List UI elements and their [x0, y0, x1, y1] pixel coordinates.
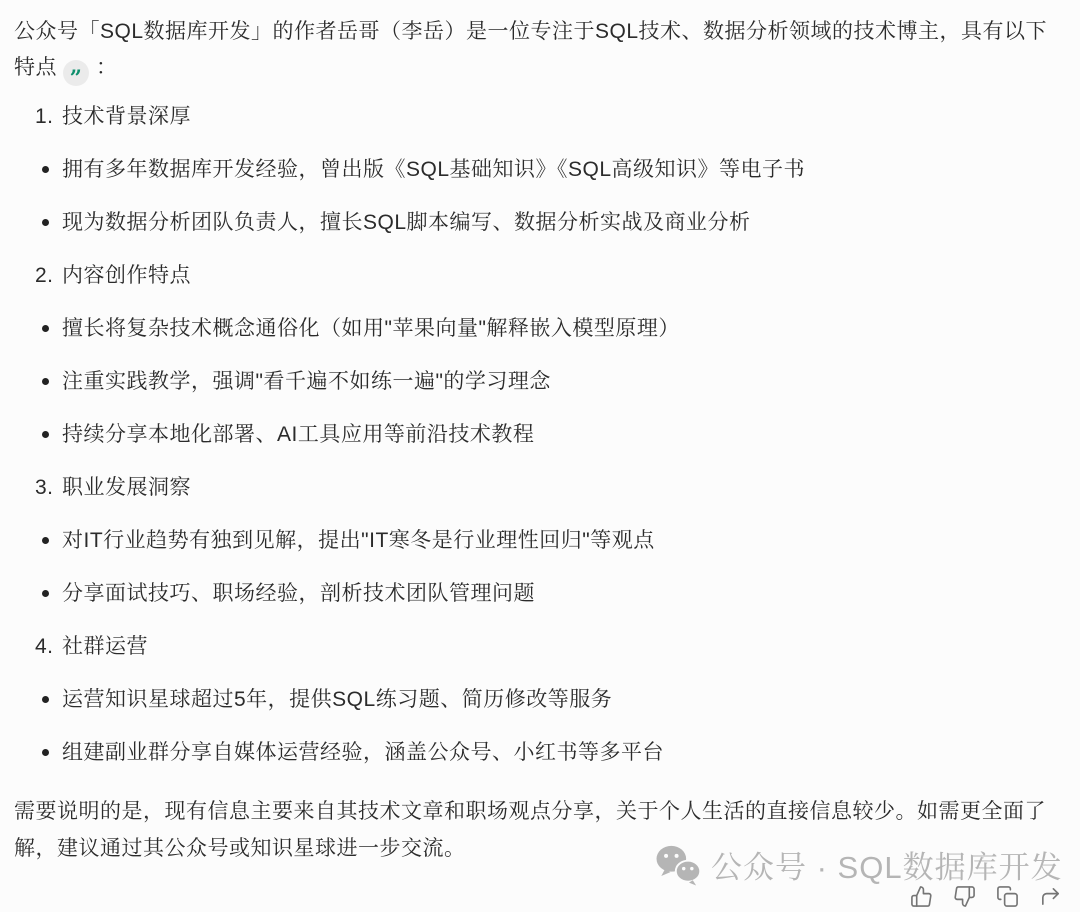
bullet-icon [42, 537, 49, 544]
list-item: 组建副业群分享自媒体运营经验，涵盖公众号、小红书等多平台 [14, 740, 1064, 765]
section-4-number: 4. [35, 634, 54, 659]
bullet-icon [42, 749, 49, 756]
like-button[interactable] [909, 884, 933, 908]
chat-response: 公众号「SQL数据库开发」的作者岳哥（李岳）是一位专注于SQL技术、数据分析领域… [0, 0, 1080, 867]
bullet-icon [42, 219, 49, 226]
bullet-icon [42, 166, 49, 173]
section-1-number: 1. [35, 104, 54, 129]
bullet-icon [42, 378, 49, 385]
section-2-title: 内容创作特点 [62, 264, 191, 287]
share-icon [1039, 885, 1062, 908]
intro-colon: ： [96, 56, 118, 79]
action-bar [909, 884, 1062, 908]
wechat-icon [655, 844, 701, 886]
list-item-text: 运营知识星球超过5年，提供SQL练习题、简历修改等服务 [62, 688, 612, 711]
list-item-text: 组建副业群分享自媒体运营经验，涵盖公众号、小红书等多平台 [62, 741, 664, 764]
list-item: 运营知识星球超过5年，提供SQL练习题、简历修改等服务 [14, 687, 1064, 712]
list-item-text: 擅长将复杂技术概念通俗化（如用"苹果向量"解释嵌入模型原理） [62, 317, 680, 340]
list-item: 拥有多年数据库开发经验，曾出版《SQL基础知识》《SQL高级知识》等电子书 [14, 157, 1064, 182]
copy-icon [996, 885, 1019, 908]
list-item-text: 现为数据分析团队负责人，擅长SQL脚本编写、数据分析实战及商业分析 [62, 211, 751, 234]
section-3-number: 3. [35, 475, 54, 500]
section-2-number: 2. [35, 263, 54, 288]
list-item-text: 注重实践教学，强调"看千遍不如练一遍"的学习理念 [62, 370, 551, 393]
intro-text: 公众号「SQL数据库开发」的作者岳哥（李岳）是一位专注于SQL技术、数据分析领域… [14, 20, 1047, 79]
list-item-text: 分享面试技巧、职场经验，剖析技术团队管理问题 [62, 582, 535, 605]
section-3-heading: 3. 职业发展洞察 [14, 475, 1064, 500]
list-item-text: 对IT行业趋势有独到见解，提出"IT寒冬是行业理性回归"等观点 [62, 529, 655, 552]
list-item: 持续分享本地化部署、AI工具应用等前沿技术教程 [14, 422, 1064, 447]
section-2-heading: 2. 内容创作特点 [14, 263, 1064, 288]
section-1-title: 技术背景深厚 [62, 105, 191, 128]
section-1-heading: 1. 技术背景深厚 [14, 104, 1064, 129]
citation-badge[interactable]: ” [63, 60, 89, 86]
bullet-icon [42, 696, 49, 703]
section-4-heading: 4. 社群运营 [14, 634, 1064, 659]
thumbs-up-icon [910, 885, 933, 908]
copy-button[interactable] [995, 884, 1019, 908]
feature-list: 1. 技术背景深厚 拥有多年数据库开发经验，曾出版《SQL基础知识》《SQL高级… [14, 104, 1064, 765]
dislike-button[interactable] [952, 884, 976, 908]
share-button[interactable] [1038, 884, 1062, 908]
quote-icon: ” [70, 67, 83, 88]
thumbs-down-icon [953, 885, 976, 908]
list-item: 现为数据分析团队负责人，擅长SQL脚本编写、数据分析实战及商业分析 [14, 210, 1064, 235]
list-item: 分享面试技巧、职场经验，剖析技术团队管理问题 [14, 581, 1064, 606]
list-item-text: 持续分享本地化部署、AI工具应用等前沿技术教程 [62, 423, 534, 446]
intro-paragraph: 公众号「SQL数据库开发」的作者岳哥（李岳）是一位专注于SQL技术、数据分析领域… [14, 14, 1064, 86]
watermark: 公众号 · SQL数据库开发 [655, 842, 1063, 887]
bullet-icon [42, 590, 49, 597]
bullet-icon [42, 431, 49, 438]
list-item: 擅长将复杂技术概念通俗化（如用"苹果向量"解释嵌入模型原理） [14, 316, 1064, 341]
list-item: 对IT行业趋势有独到见解，提出"IT寒冬是行业理性回归"等观点 [14, 528, 1064, 553]
section-3-title: 职业发展洞察 [62, 476, 191, 499]
list-item: 注重实践教学，强调"看千遍不如练一遍"的学习理念 [14, 369, 1064, 394]
list-item-text: 拥有多年数据库开发经验，曾出版《SQL基础知识》《SQL高级知识》等电子书 [62, 158, 805, 181]
section-4-title: 社群运营 [62, 635, 148, 658]
bullet-icon [42, 325, 49, 332]
watermark-label: 公众号 · SQL数据库开发 [711, 842, 1063, 887]
